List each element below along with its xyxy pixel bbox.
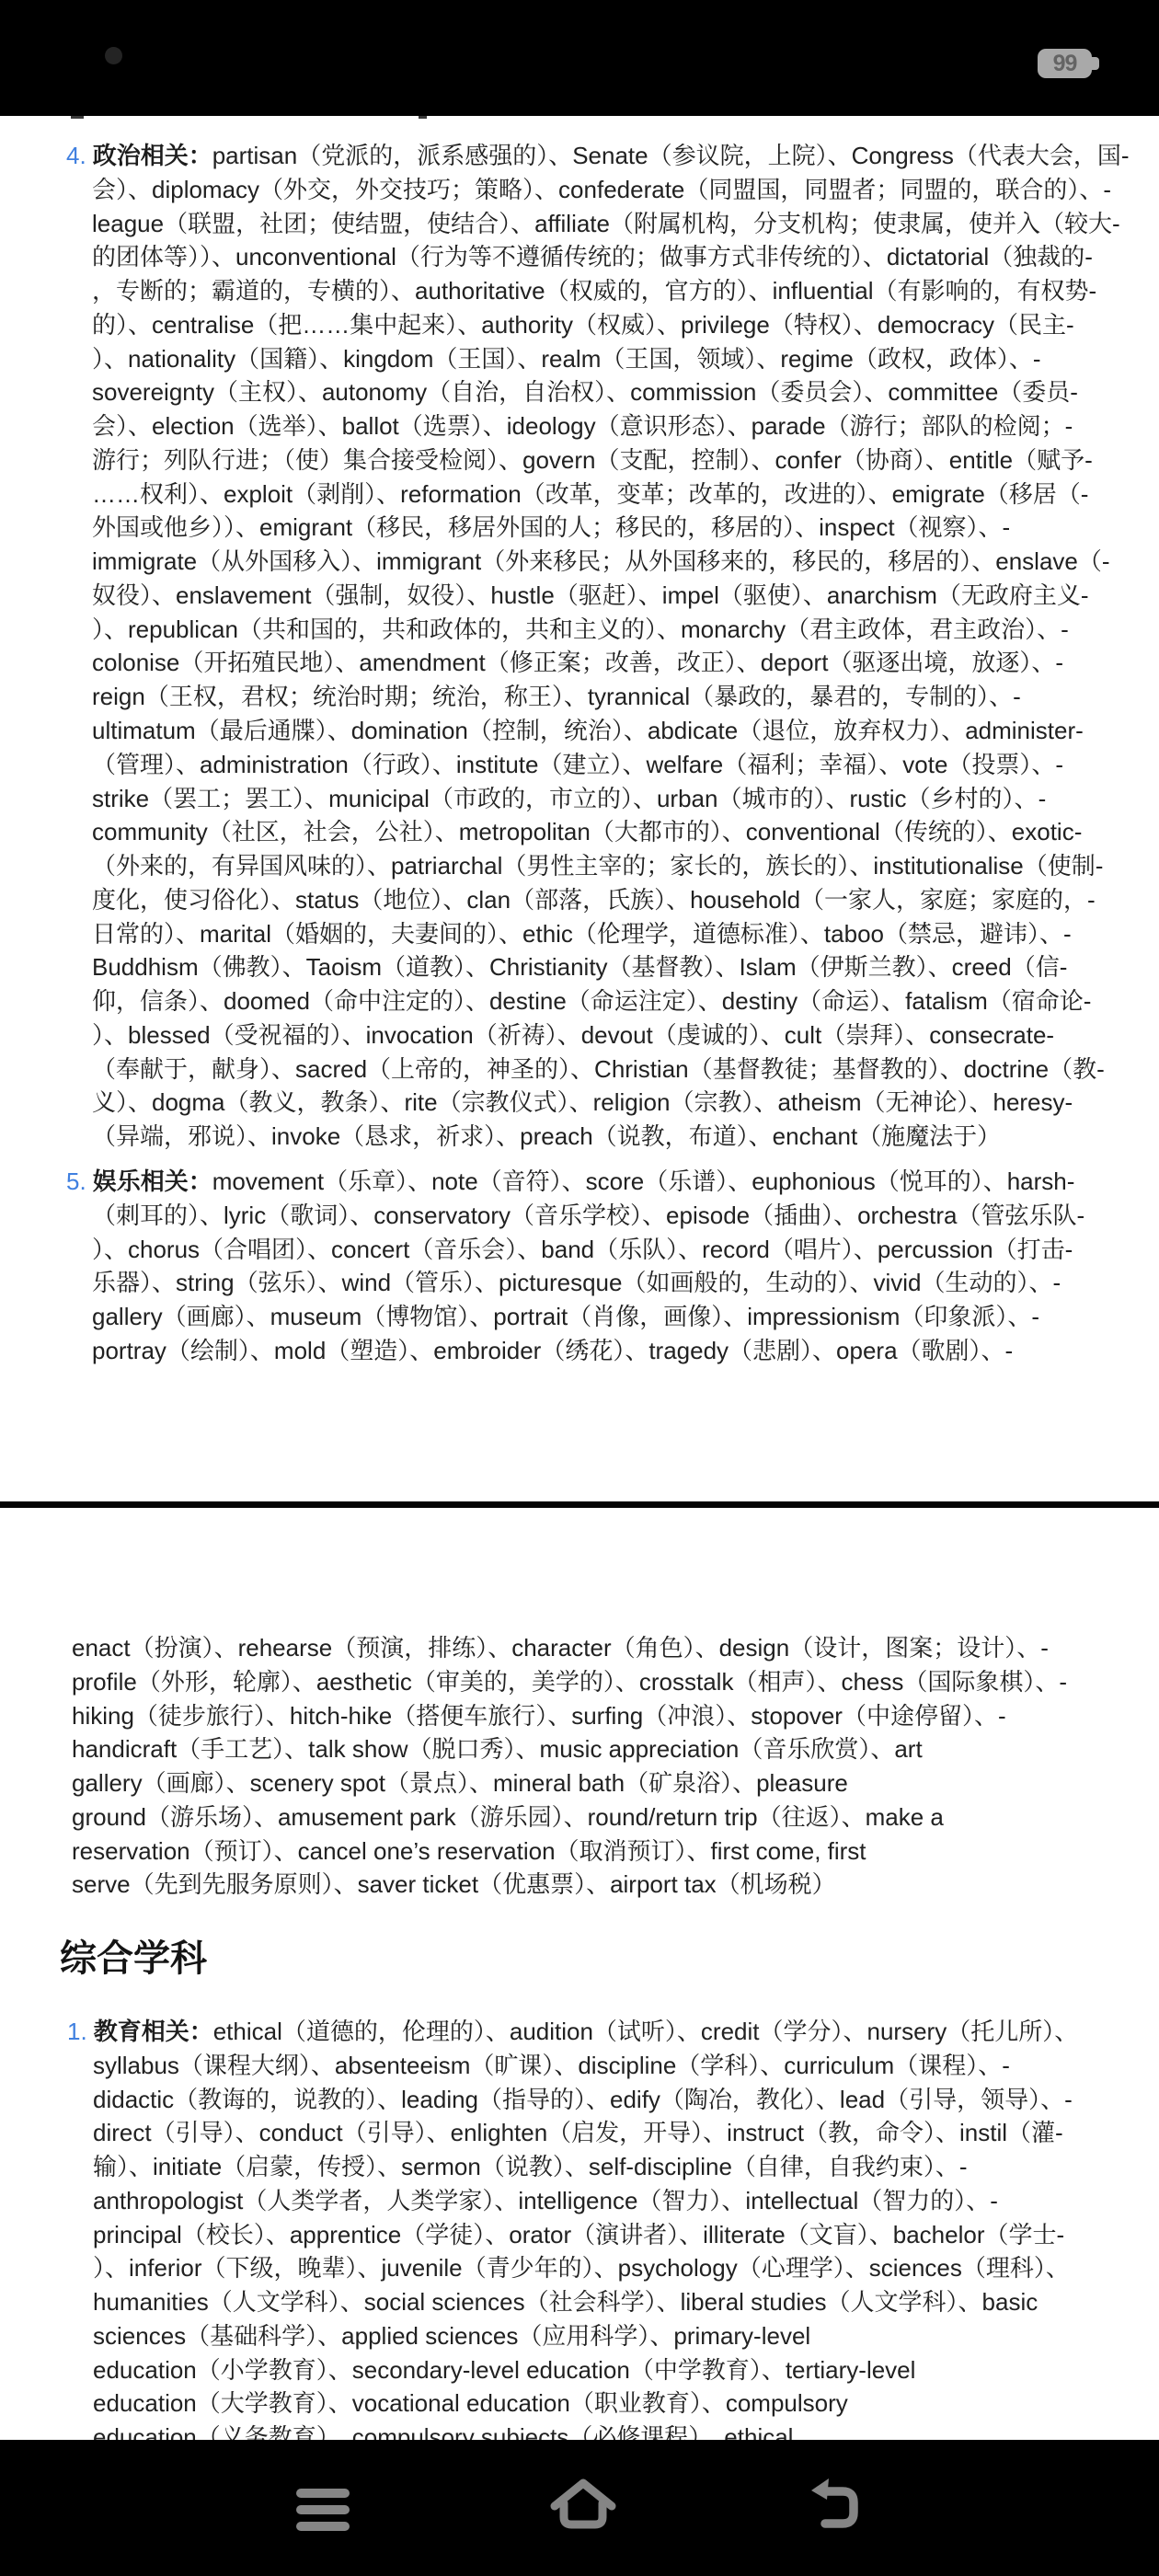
text-line: community（社区，社会，公社）、metropolitan（大都市的）、c… xyxy=(66,815,1159,849)
list-item-label: 政治相关： xyxy=(93,142,212,169)
text-line: handicraft（手工艺）、talk show（脱口秀）、music app… xyxy=(72,1732,1159,1766)
text-line: 会）、diplomacy（外交，外交技巧；策略）、confederate（同盟国… xyxy=(66,173,1159,207)
text-line: direct（引导）、conduct（引导）、enlighten（启发，开导）、… xyxy=(67,2116,1159,2150)
list-item-number: 4. xyxy=(66,142,86,169)
text-line: enact（扮演）、rehearse（预演，排练）、character（角色）、… xyxy=(72,1631,1159,1665)
text-line: sciences（基础科学）、applied sciences（应用科学）、pr… xyxy=(67,2319,1159,2353)
list-item-text: movement（乐章）、note（音符）、score（乐谱）、euphonio… xyxy=(212,1167,1075,1195)
text-line: 5.娱乐相关：movement（乐章）、note（音符）、score（乐谱）、e… xyxy=(66,1165,1159,1199)
section-heading: 综合学科 xyxy=(60,1938,207,1980)
text-line: didactic（教诲的，说教的）、leading（指导的）、edify（陶冶，… xyxy=(67,2083,1159,2117)
menu-icon xyxy=(296,2489,350,2531)
text-line: Buddhism（佛教）、Taoism（道教）、Christianity（基督教… xyxy=(66,950,1159,984)
text-line: ）、inferior（下级，晚辈）、juvenile（青少年的）、psychol… xyxy=(67,2251,1159,2285)
text-line: anthropologist（人类学者，人类学家）、intelligence（智… xyxy=(67,2184,1159,2218)
text-line: 输）、initiate（启蒙，传授）、sermon（说教）、self-disci… xyxy=(67,2150,1159,2184)
text-line: 游行；列队行进；（使）集合接受检阅）、govern（支配，控制）、confer（… xyxy=(66,443,1159,477)
battery-indicator: 99 xyxy=(1038,49,1102,78)
text-line: ……权利）、exploit（剥削）、reformation（改革，变革；改革的，… xyxy=(66,477,1159,512)
list-item-label: 教育相关： xyxy=(94,2018,213,2045)
text-line: reign（王权，君权；统治时期；统治，称王）、tyrannical（暴政的，暴… xyxy=(66,680,1159,714)
text-line: 会）、election（选举）、ballot（选票）、ideology（意识形态… xyxy=(66,409,1159,443)
home-icon xyxy=(550,2477,616,2532)
recents-menu-button[interactable] xyxy=(296,2489,350,2531)
text-line: 奴役）、enslavement（强制，奴役）、hustle（驱赶）、impel（… xyxy=(66,579,1159,613)
text-line: colonise（开拓殖民地）、amendment（修正案；改善，改正）、dep… xyxy=(66,646,1159,680)
text-line: portray（绘制）、mold（塑造）、embroider（绣花）、trage… xyxy=(66,1334,1159,1368)
list-item-label: 娱乐相关： xyxy=(93,1167,212,1195)
text-line: gallery（画廊）、museum（博物馆）、portrait（肖像，画像）、… xyxy=(66,1300,1159,1334)
list-item-education: 1.教育相关：ethical（道德的，伦理的）、audition（试听）、cre… xyxy=(67,2015,1159,2455)
battery-terminal xyxy=(1092,57,1099,70)
text-line: profile（外形，轮廓）、aesthetic（审美的，美学的）、crosst… xyxy=(72,1665,1159,1699)
list-item-number: 1. xyxy=(67,2018,87,2045)
list-item-entertainment: 5.娱乐相关：movement（乐章）、note（音符）、score（乐谱）、e… xyxy=(66,1165,1159,1368)
text-line: education（大学教育）、vocational education（职业教… xyxy=(67,2386,1159,2421)
text-line: （外来的，有异国风味的）、patriarchal（男性主宰的；家长的，族长的）、… xyxy=(66,849,1159,883)
battery-level: 99 xyxy=(1038,49,1092,78)
text-line: syllabus（课程大纲）、absenteeism（旷课）、disciplin… xyxy=(67,2049,1159,2083)
text-line: sovereignty（主权）、autonomy（自治，自治权）、commiss… xyxy=(66,375,1159,409)
back-icon xyxy=(809,2478,863,2530)
text-line: ultimatum（最后通牒）、domination（控制，统治）、abdica… xyxy=(66,714,1159,748)
home-button[interactable] xyxy=(550,2477,616,2532)
list-item-politics: 4.政治相关：partisan（党派的，派系感强的）、Senate（参议院，上院… xyxy=(66,139,1159,1154)
text-line: ground（游乐场）、amusement park（游乐园）、round/re… xyxy=(72,1800,1159,1834)
text-line: 4.政治相关：partisan（党派的，派系感强的）、Senate（参议院，上院… xyxy=(66,139,1159,173)
text-line: （异端，邪说）、invoke（恳求，祈求）、preach（说教，布道）、ench… xyxy=(66,1120,1159,1154)
list-item-text: partisan（党派的，派系感强的）、Senate（参议院，上院）、Congr… xyxy=(212,142,1130,169)
text-line: 的团体等））、unconventional（行为等不遵循传统的；做事方式非传统的… xyxy=(66,240,1159,274)
page-edge-text-remnant xyxy=(71,116,84,119)
status-bar: 99 xyxy=(0,0,1159,116)
text-line: principal（校长）、apprentice（学徒）、orator（演讲者）… xyxy=(67,2218,1159,2252)
text-line: strike（罢工；罢工）、municipal（市政的，市立的）、urban（城… xyxy=(66,782,1159,816)
text-line: ，专断的；霸道的，专横的）、authoritative（权威的，官方的）、inf… xyxy=(66,274,1159,308)
text-line: ）、nationality（国籍）、kingdom（王国）、realm（王国，领… xyxy=(66,342,1159,376)
text-line: 日常的）、marital（婚姻的，夫妻间的）、ethic（伦理学，道德标准）、t… xyxy=(66,917,1159,951)
page-separator xyxy=(0,1501,1159,1508)
text-line: 的）、centralise（把……集中起来）、authority（权威）、pri… xyxy=(66,308,1159,342)
text-line: ）、chorus（合唱团）、concert（音乐会）、band（乐队）、reco… xyxy=(66,1233,1159,1267)
text-line: 乐器）、string（弦乐）、wind（管乐）、picturesque（如画般的… xyxy=(66,1266,1159,1300)
text-line: education（小学教育）、secondary-level educatio… xyxy=(67,2353,1159,2387)
text-line: immigrate（从外国移入）、immigrant（外来移民；从外国移来的，移… xyxy=(66,545,1159,579)
text-line: reservation（预订）、cancel one’s reservation… xyxy=(72,1834,1159,1869)
page-edge-text-remnant xyxy=(419,116,427,119)
navigation-bar xyxy=(0,2440,1159,2576)
text-line: （奉献于，献身）、sacred（上帝的，神圣的）、Christian（基督教徒；… xyxy=(66,1052,1159,1087)
back-button[interactable] xyxy=(809,2478,863,2530)
list-item-text: ethical（道德的，伦理的）、audition（试听）、credit（学分）… xyxy=(213,2018,1079,2045)
text-line: （管理）、administration（行政）、institute（建立）、we… xyxy=(66,748,1159,782)
text-line: ）、republican（共和国的，共和政体的，共和主义的）、monarchy（… xyxy=(66,613,1159,647)
text-line: 仰，信条）、doomed（命中注定的）、destine（命运注定）、destin… xyxy=(66,984,1159,1018)
text-line: 度化，使习俗化）、status（地位）、clan（部落，氏族）、househol… xyxy=(66,883,1159,917)
text-line: 1.教育相关：ethical（道德的，伦理的）、audition（试听）、cre… xyxy=(67,2015,1159,2049)
continuation-paragraph: enact（扮演）、rehearse（预演，排练）、character（角色）、… xyxy=(72,1631,1159,1902)
text-line: humanities（人文学科）、social sciences（社会科学）、l… xyxy=(67,2285,1159,2319)
document-viewer[interactable]: 4.政治相关：partisan（党派的，派系感强的）、Senate（参议院，上院… xyxy=(0,116,1159,2440)
text-line: （刺耳的）、lyric（歌词）、conservatory（音乐学校）、episo… xyxy=(66,1199,1159,1233)
text-line: 外国或他乡））、emigrant（移民，移居外国的人；移民的，移居的）、insp… xyxy=(66,511,1159,545)
front-camera-punch-hole xyxy=(105,47,122,64)
list-item-number: 5. xyxy=(66,1167,86,1195)
text-line: hiking（徒步旅行）、hitch-hike（搭便车旅行）、surfing（冲… xyxy=(72,1699,1159,1733)
text-line: league（联盟，社团；使结盟，使结合）、affiliate（附属机构，分支机… xyxy=(66,207,1159,241)
text-line: serve（先到先服务原则）、saver ticket（优惠票）、airport… xyxy=(72,1868,1159,1902)
text-line: 义）、dogma（教义，教条）、rite（宗教仪式）、religion（宗教）、… xyxy=(66,1086,1159,1120)
text-line: gallery（画廊）、scenery spot（景点）、mineral bat… xyxy=(72,1766,1159,1800)
text-line: ）、blessed（受祝福的）、invocation（祈祷）、devout（虔诚… xyxy=(66,1018,1159,1052)
